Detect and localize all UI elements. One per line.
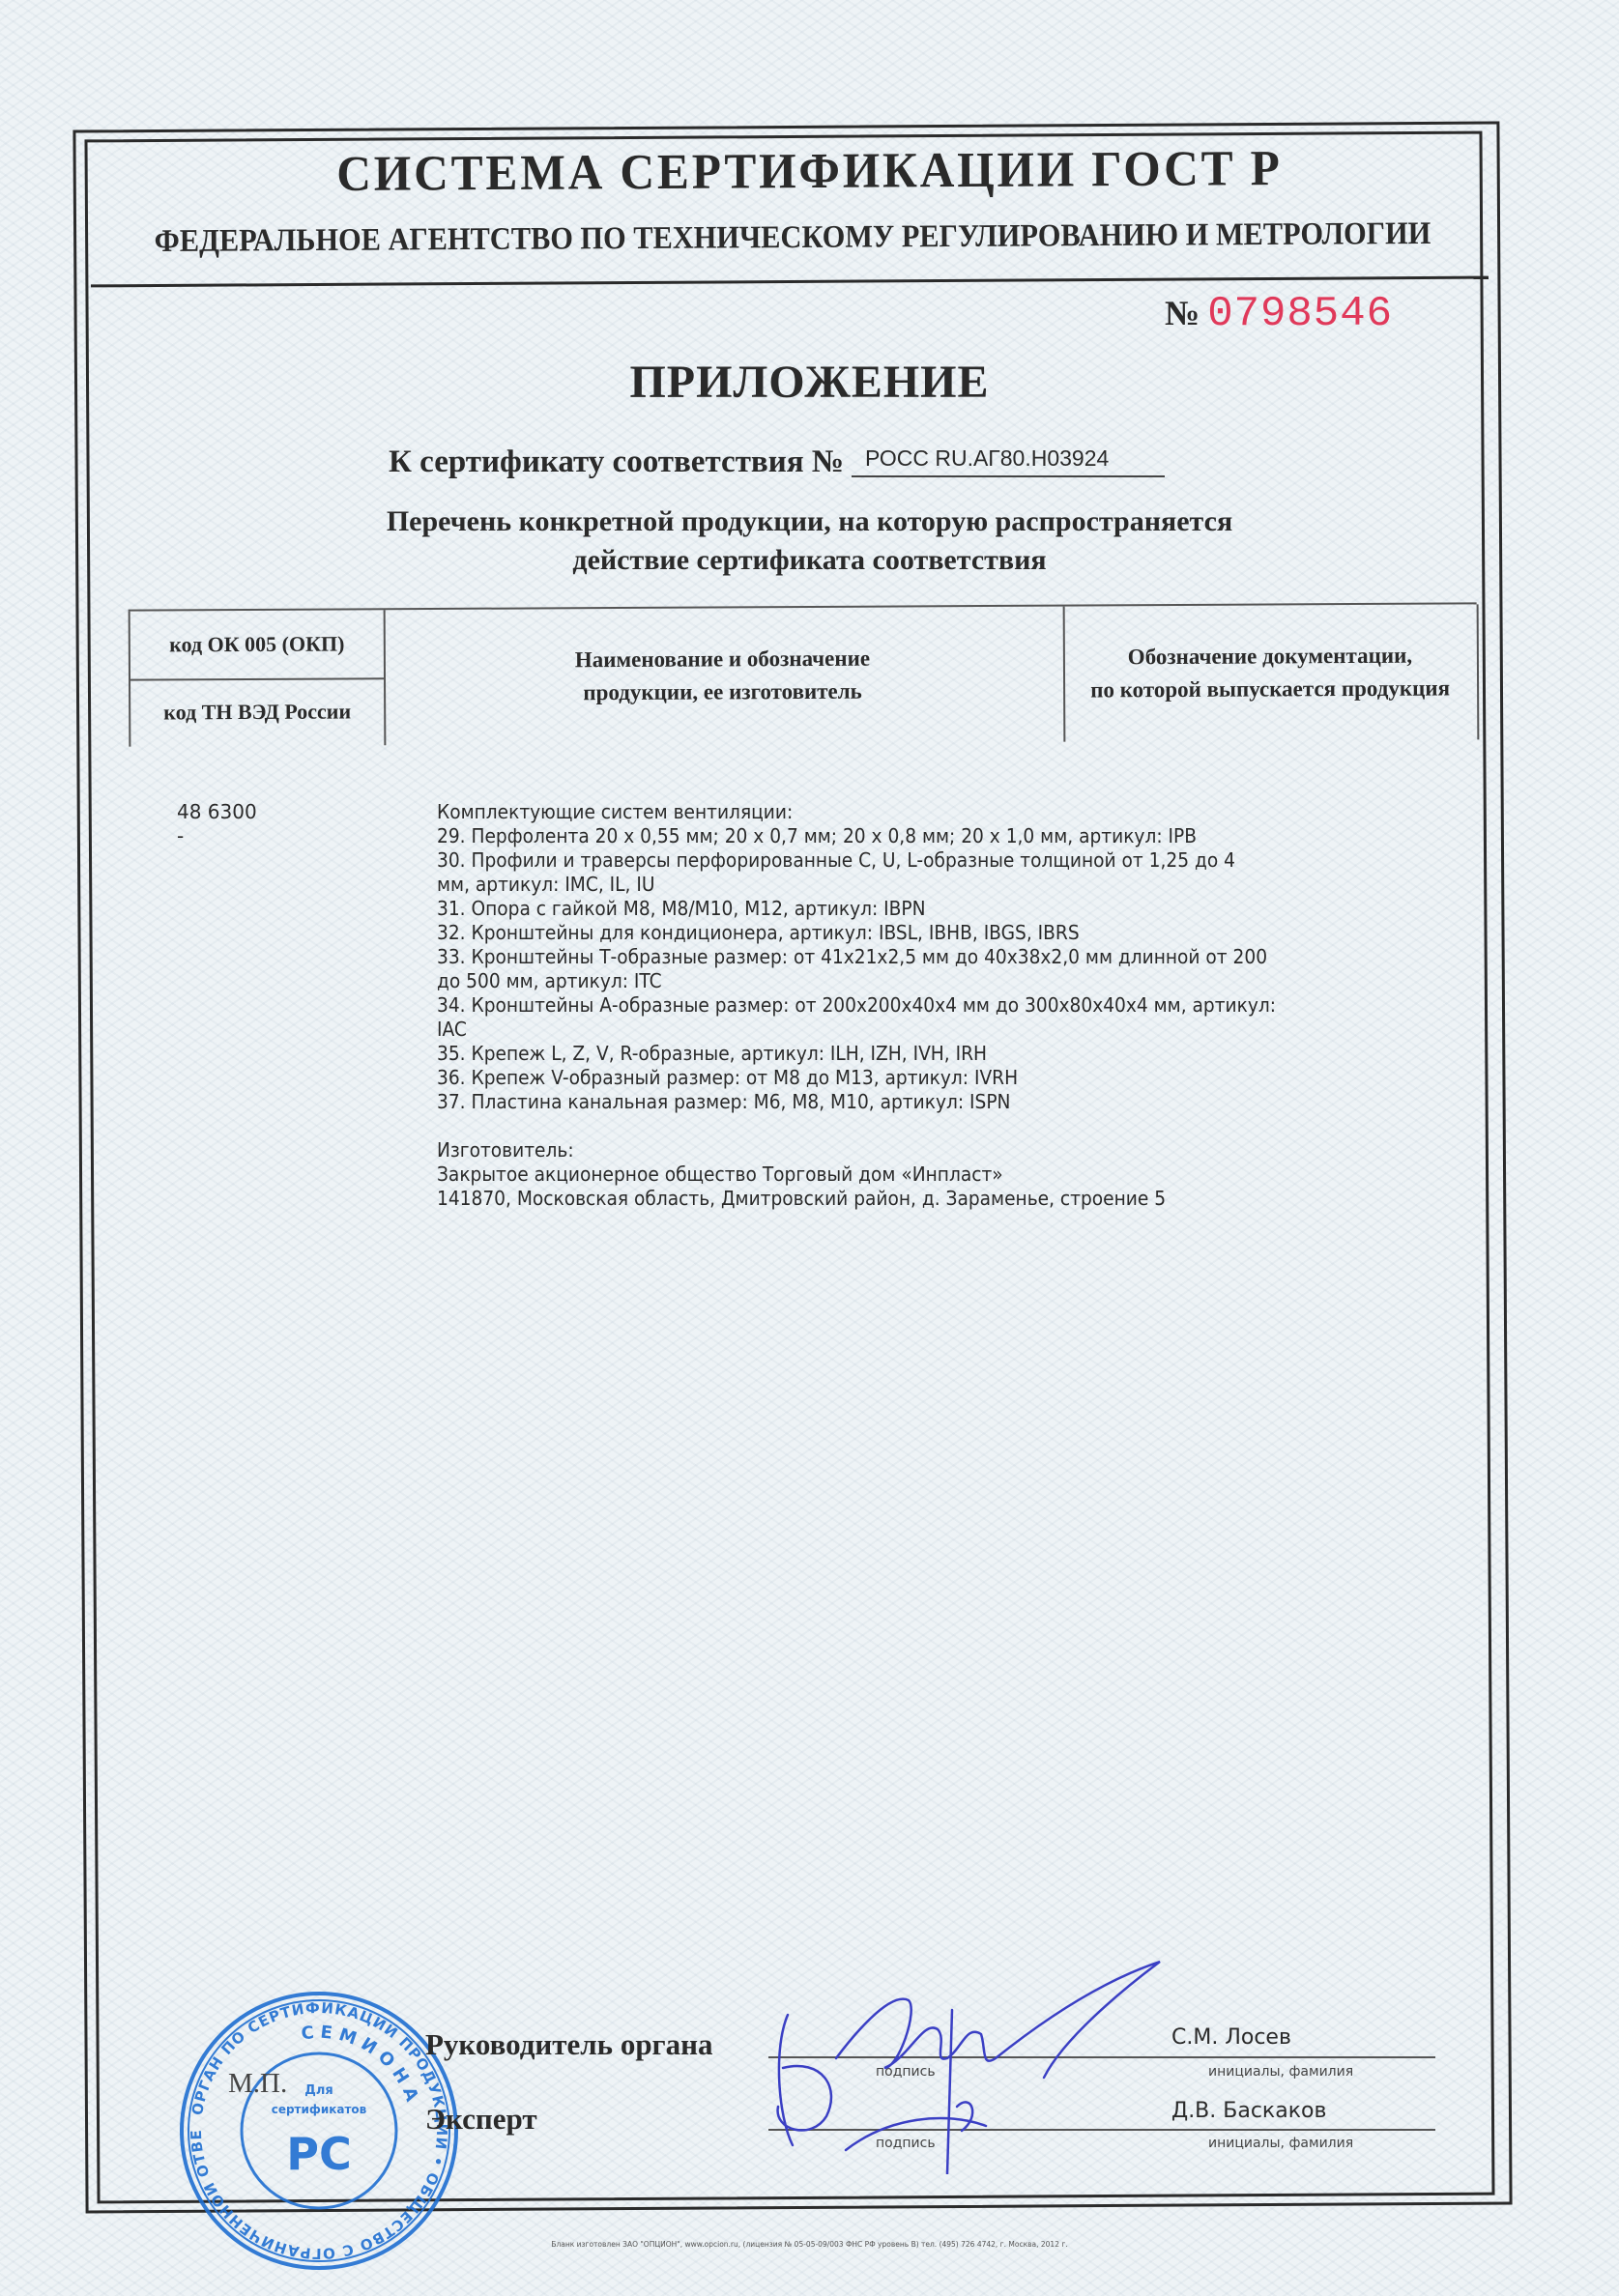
system-title: СИСТЕМА СЕРТИФИКАЦИИ ГОСТ Р xyxy=(41,138,1579,205)
serial-number-value: 0798546 xyxy=(1207,290,1393,338)
product-list-item: 31. Опора с гайкой М8, М8/М10, М12, арти… xyxy=(437,897,1390,921)
product-list-item: 35. Крепеж L, Z, V, R-образные, артикул:… xyxy=(437,1042,1390,1066)
product-list-item: IAC xyxy=(437,1018,1390,1042)
product-header-text: Наименование и обозначение продукции, ее… xyxy=(382,607,1064,746)
okp-code: 48 6300 xyxy=(177,800,257,824)
product-list-item: 37. Пластина канальная размер: М6, М8, М… xyxy=(437,1090,1390,1114)
certificate-number: РОСС RU.АГ80.Н03924 xyxy=(852,445,1165,477)
product-list-item: 32. Кронштейны для кондиционера, артикул… xyxy=(437,921,1390,945)
certification-seal-icon: ОРГАН ПО СЕРТИФИКАЦИИ ПРОДУКЦИИ • ОБЩЕСТ… xyxy=(174,1986,464,2276)
serial-number: №0798546 xyxy=(1165,290,1393,338)
product-group-title: Комплектующие систем вентиляции: xyxy=(437,800,1390,824)
manufacturer-name: Закрытое акционерное общество Торговый д… xyxy=(437,1162,1390,1187)
expert-label: Эксперт xyxy=(425,2102,537,2137)
product-codes: 48 6300 - xyxy=(177,800,257,848)
appendix-title: ПРИЛОЖЕНИЕ xyxy=(0,356,1619,409)
documentation-column-header: Обозначение документации, по которой вып… xyxy=(1063,604,1480,741)
product-list-item: 36. Крепеж V-образный размер: от М8 до М… xyxy=(437,1066,1390,1090)
documentation-header-text: Обозначение документации, по которой вып… xyxy=(1063,604,1478,741)
table-header: код ОК 005 (ОКП) код ТН ВЭД России Наиме… xyxy=(129,602,1478,746)
handwritten-signature-icon xyxy=(754,1923,1257,2174)
certificate-reference-label: К сертификату соответствия № xyxy=(389,445,844,479)
product-list-item: мм, артикул: IMC, IL, IU xyxy=(437,873,1390,897)
code-column-header: код ОК 005 (ОКП) код ТН ВЭД России xyxy=(129,610,387,746)
okp-code-header: код ОК 005 (ОКП) xyxy=(130,610,384,680)
seal-placeholder-label: М.П. xyxy=(228,2068,287,2100)
scope-statement: Перечень конкретной продукции, на котору… xyxy=(0,502,1619,580)
product-column-header: Наименование и обозначение продукции, ее… xyxy=(382,607,1066,746)
tnved-code-header: код ТН ВЭД России xyxy=(130,677,384,746)
product-list: Комплектующие систем вентиляции:29. Перф… xyxy=(437,800,1390,1211)
product-list-item: 34. Кронштейны А-образные размер: от 200… xyxy=(437,993,1390,1018)
product-list-item: 29. Перфолента 20 х 0,55 мм; 20 х 0,7 мм… xyxy=(437,824,1390,848)
head-of-body-label: Руководитель органа xyxy=(425,2027,713,2062)
certificate-reference: К сертификату соответствия №РОСС RU.АГ80… xyxy=(389,445,1165,480)
product-list-item: 30. Профили и траверсы перфорированные С… xyxy=(437,848,1390,873)
spacer xyxy=(437,1114,1390,1138)
product-list-item: 33. Кронштейны Т-образные размер: от 41х… xyxy=(437,945,1390,969)
number-sign: № xyxy=(1165,294,1200,332)
product-list-item: до 500 мм, артикул: ITC xyxy=(437,969,1390,993)
blank-manufacturer-note: Бланк изготовлен ЗАО "ОПЦИОН", www.opcio… xyxy=(0,2240,1619,2249)
manufacturer-label: Изготовитель: xyxy=(437,1138,1390,1162)
scope-line-1: Перечень конкретной продукции, на котору… xyxy=(0,502,1619,541)
svg-text:сертификатов: сертификатов xyxy=(272,2103,367,2116)
svg-text:Для: Для xyxy=(304,2083,332,2098)
scope-line-2: действие сертификата соответствия xyxy=(0,541,1619,580)
tnved-code: - xyxy=(177,824,257,848)
svg-text:РС: РС xyxy=(286,2128,351,2180)
manufacturer-address: 141870, Московская область, Дмитровский … xyxy=(437,1187,1390,1211)
